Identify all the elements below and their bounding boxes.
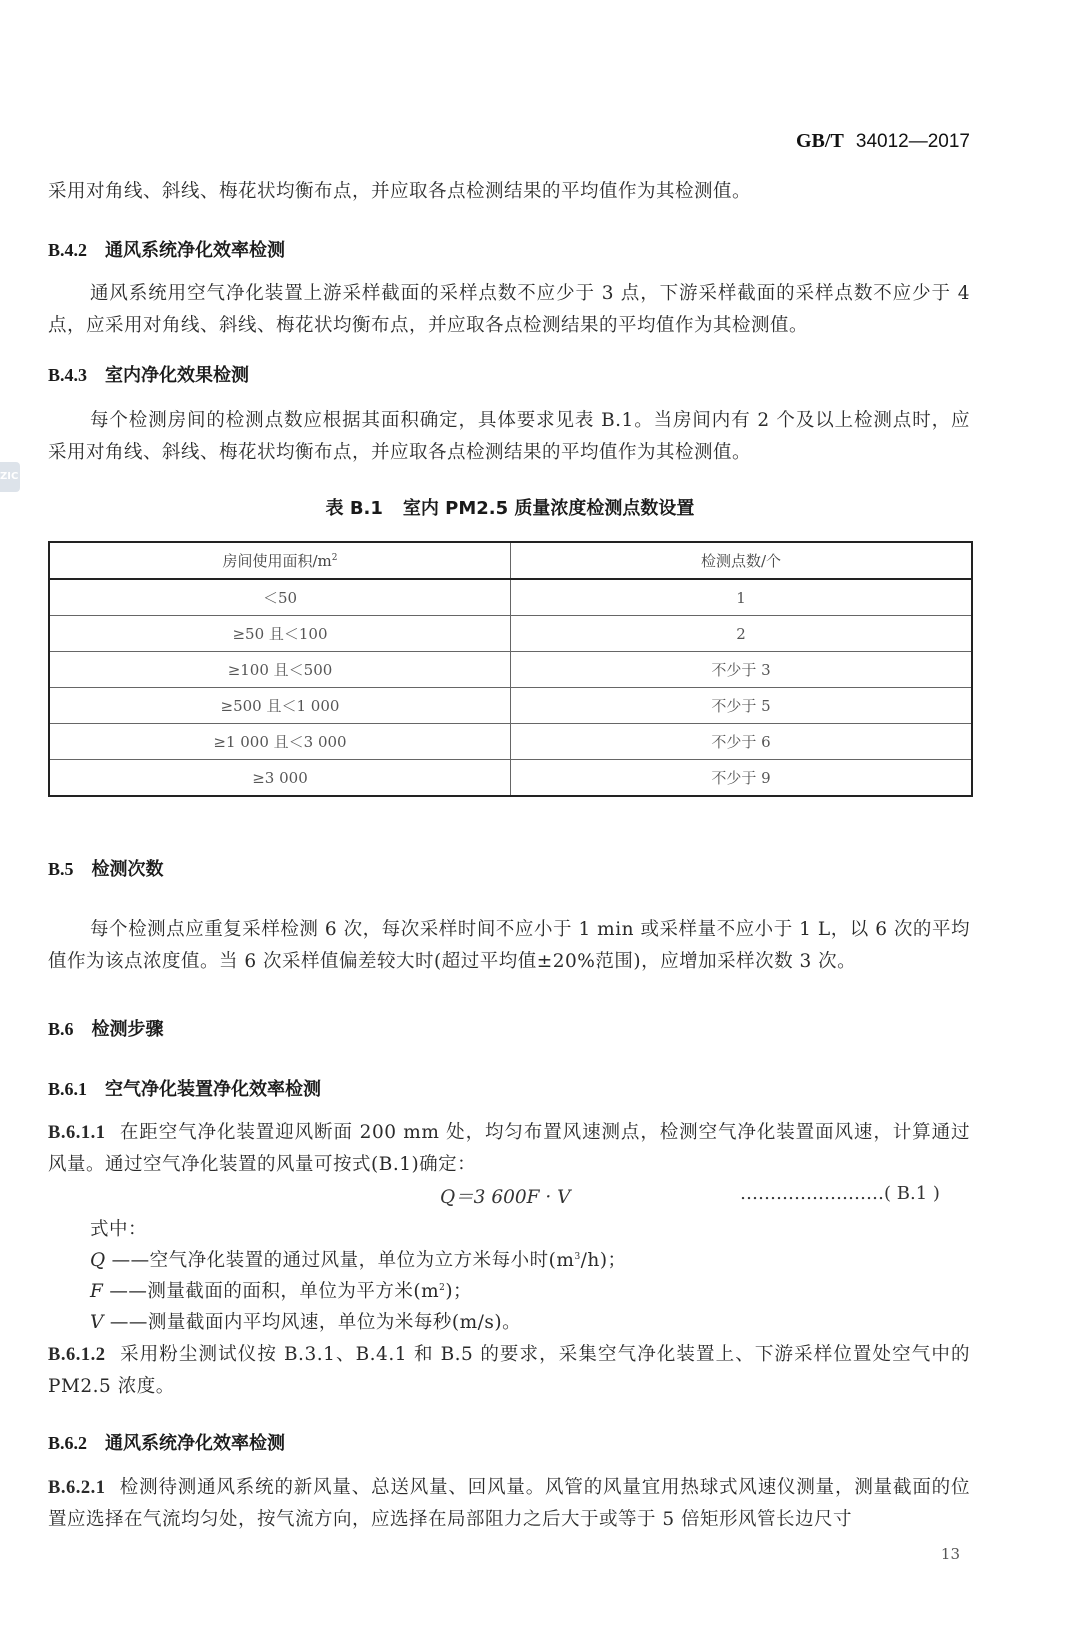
paragraph-b612: B.6.1.2采用粉尘测试仪按 B.3.1、B.4.1 和 B.5 的要求，采集…: [48, 1339, 970, 1403]
section-heading-b42: B.4.2通风系统净化效率检测: [48, 236, 285, 262]
formula-label: ……………………( B.1 ): [740, 1183, 940, 1204]
standard-code: GB/T 34012—2017: [796, 130, 970, 153]
table-row: ≥500 且＜1 000不少于 5: [49, 688, 972, 724]
column-header-points: 检测点数/个: [511, 542, 973, 579]
table-row: ≥3 000不少于 9: [49, 760, 972, 797]
page-number: 13: [941, 1545, 960, 1563]
pm25-points-table: 房间使用面积/m2 检测点数/个 ＜501 ≥50 且＜1002 ≥100 且＜…: [48, 541, 973, 797]
variable-v: V——测量截面内平均风速，单位为米每秒(m/s)。: [90, 1308, 521, 1334]
section-heading-b5: B.5检测次数: [48, 855, 164, 881]
document-page: GB/T 34012—2017 ZIC 采用对角线、斜线、梅花状均衡布点，并应取…: [0, 0, 1080, 1626]
formula-b1: Q＝3 600F · V: [440, 1183, 570, 1209]
standard-number: 34012—2017: [856, 131, 970, 152]
standard-prefix: GB/T: [796, 130, 844, 152]
paragraph-b43: 每个检测房间的检测点数应根据其面积确定，具体要求见表 B.1。当房间内有 2 个…: [48, 405, 970, 469]
column-header-area: 房间使用面积/m2: [49, 542, 511, 579]
where-label: 式中：: [90, 1215, 147, 1241]
paragraph-b5: 每个检测点应重复采样检测 6 次，每次采样时间不应小于 1 min 或采样量不应…: [48, 914, 970, 978]
paragraph-b621: B.6.2.1检测待测通风系统的新风量、总送风量、回风量。风管的风量宜用热球式风…: [48, 1472, 970, 1536]
paragraph-b42: 通风系统用空气净化装置上游采样截面的采样点数不应少于 3 点，下游采样截面的采样…: [48, 278, 970, 342]
table-row: ≥100 且＜500不少于 3: [49, 652, 972, 688]
section-heading-b62: B.6.2通风系统净化效率检测: [48, 1429, 285, 1455]
section-heading-b61: B.6.1空气净化装置净化效率检测: [48, 1075, 321, 1101]
variable-f: F——测量截面的面积，单位为平方米(m2)；: [90, 1277, 472, 1303]
continued-paragraph: 采用对角线、斜线、梅花状均衡布点，并应取各点检测结果的平均值作为其检测值。: [48, 176, 970, 208]
table-row: ≥50 且＜1002: [49, 616, 972, 652]
table-row: ＜501: [49, 579, 972, 616]
table-header-row: 房间使用面积/m2 检测点数/个: [49, 542, 972, 579]
paragraph-b611: B.6.1.1在距空气净化装置迎风断面 200 mm 处，均匀布置风速测点，检测…: [48, 1117, 970, 1181]
watermark-logo: ZIC: [0, 462, 20, 492]
variable-q: Q——空气净化装置的通过风量，单位为立方米每小时(m3/h)；: [90, 1246, 627, 1272]
table-caption: 表 B.1室内 PM2.5 质量浓度检测点数设置: [0, 494, 1020, 520]
table-row: ≥1 000 且＜3 000不少于 6: [49, 724, 972, 760]
section-heading-b6: B.6检测步骤: [48, 1015, 164, 1041]
section-heading-b43: B.4.3室内净化效果检测: [48, 361, 249, 387]
